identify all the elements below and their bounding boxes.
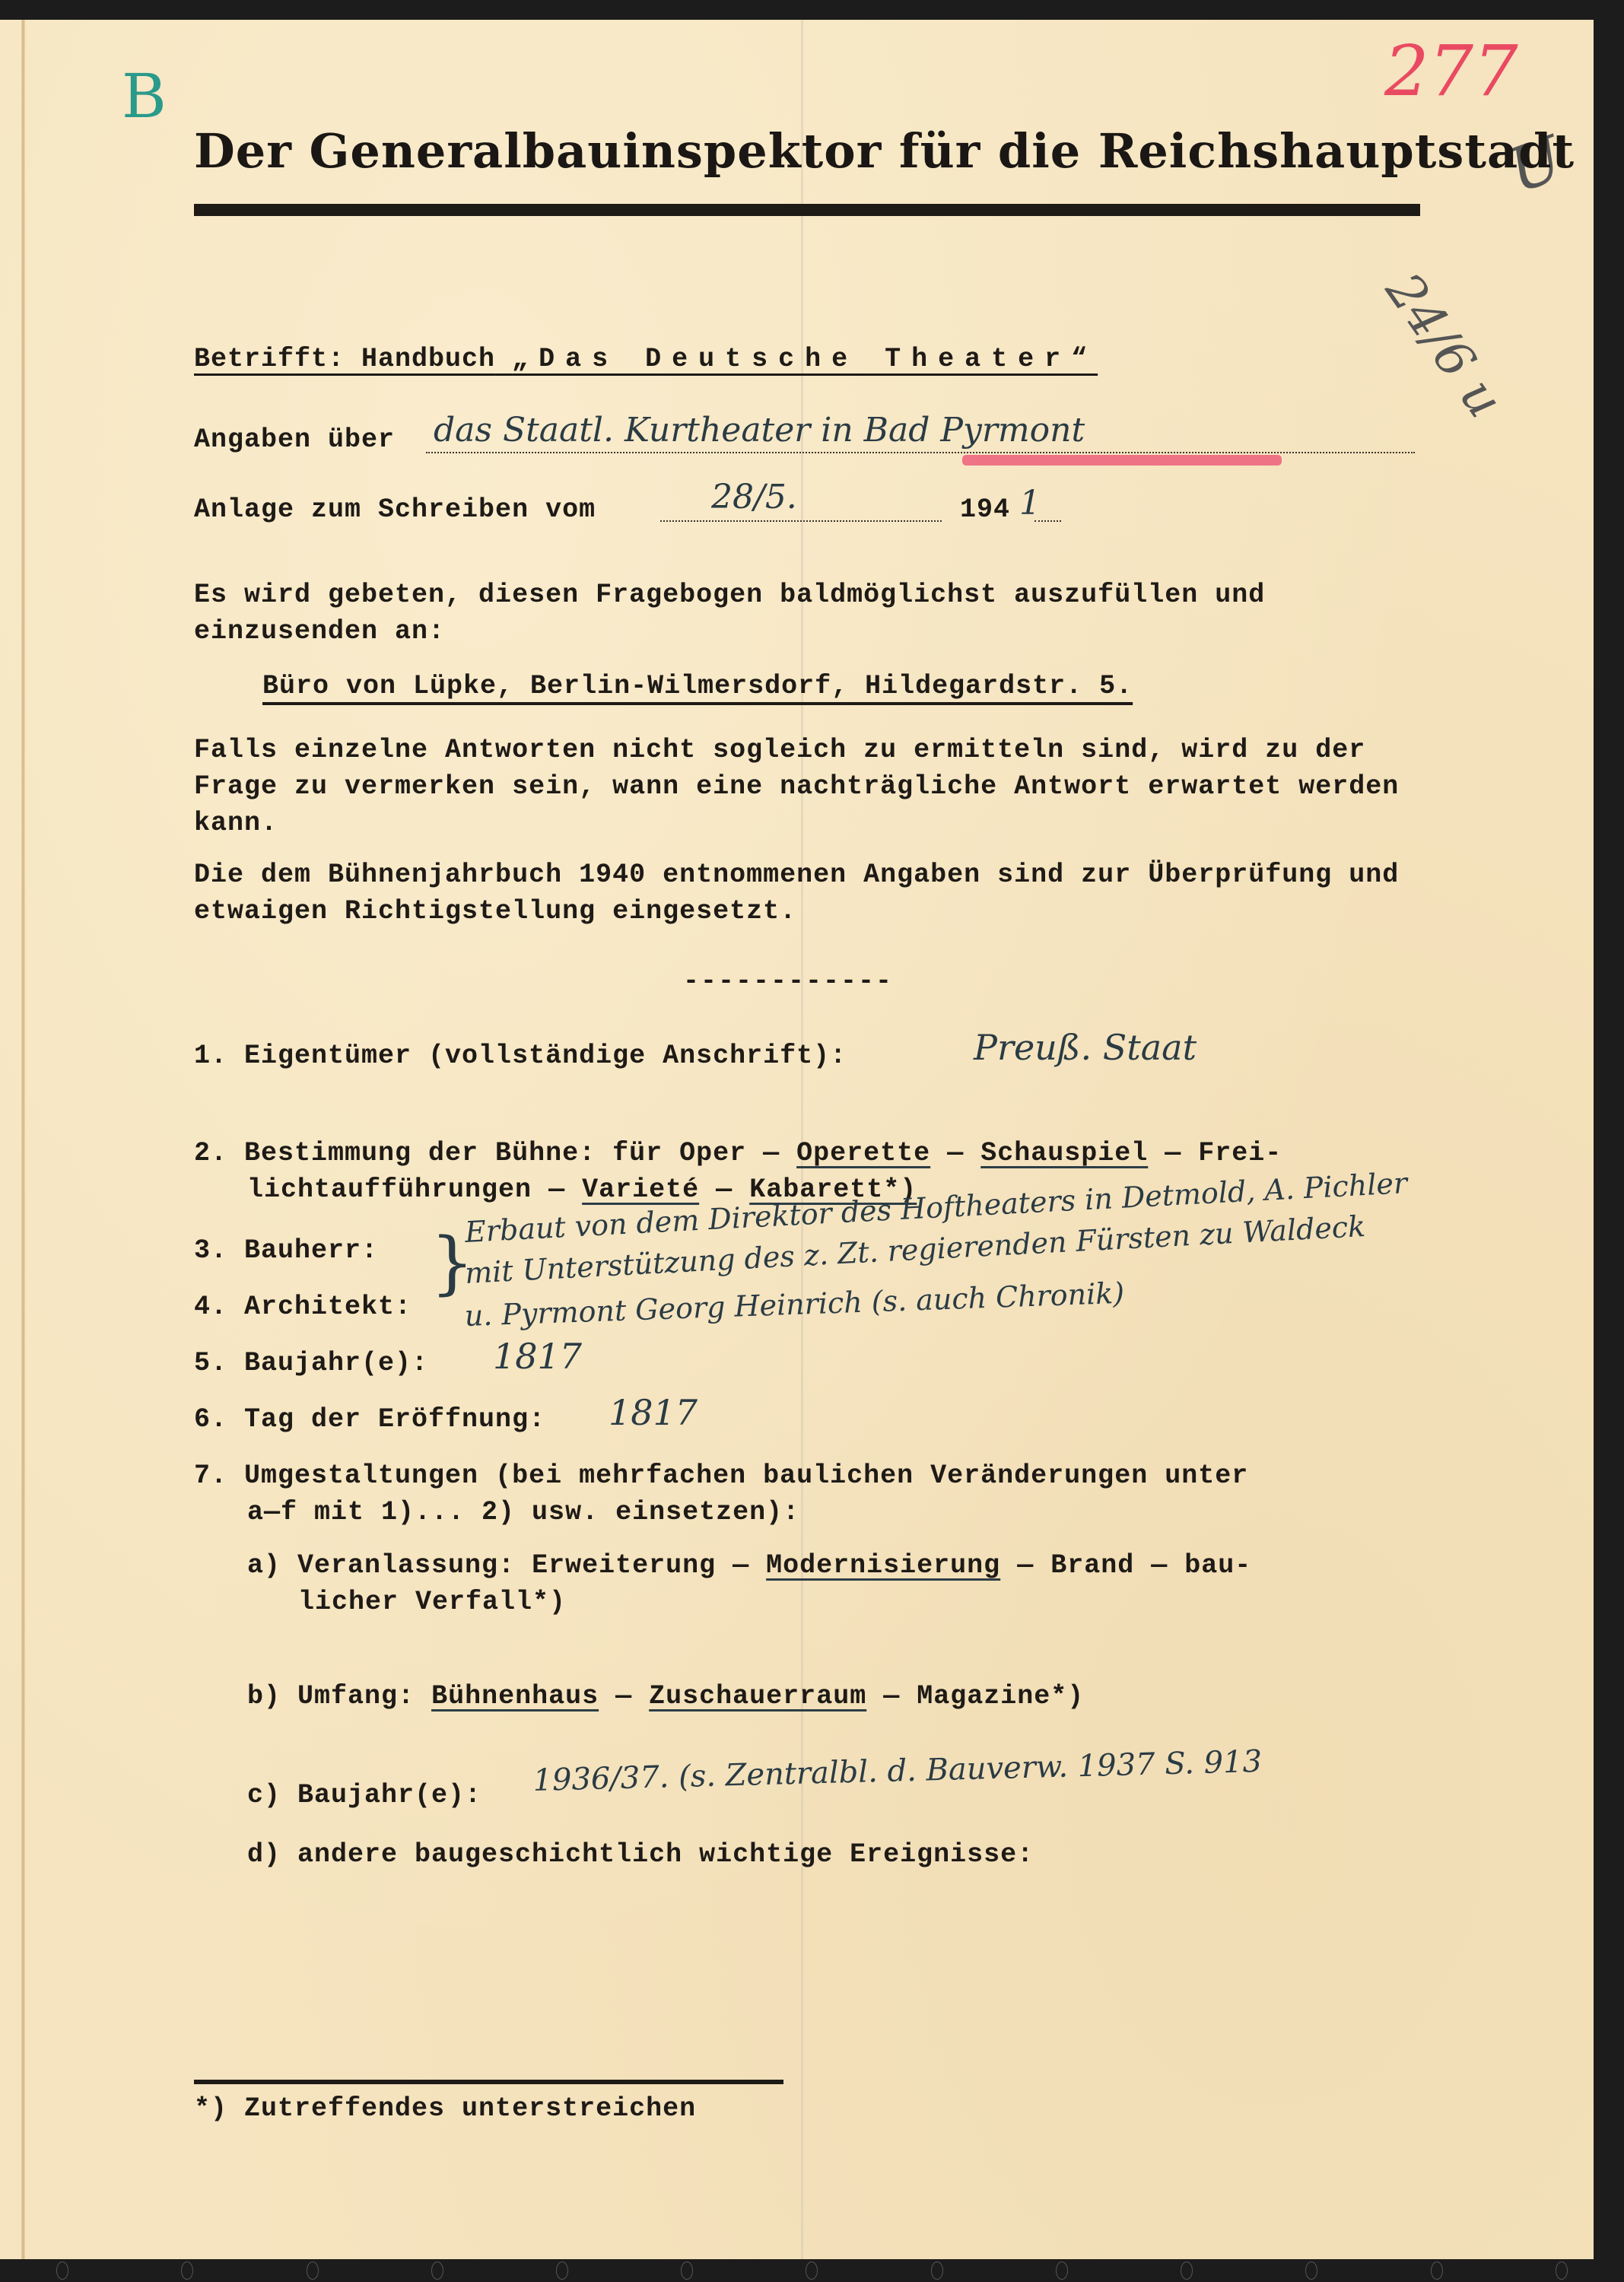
- request-paragraph: Es wird gebeten, diesen Fragebogen baldm…: [194, 577, 1426, 650]
- dash: —: [548, 1174, 565, 1205]
- question-7a-line-1: a) Veranlassung: Erweiterung — Modernisi…: [247, 1550, 1251, 1581]
- anlage-date-dotted-line: [660, 520, 942, 522]
- address-line: Büro von Lüpke, Berlin-Wilmersdorf, Hild…: [262, 671, 1133, 701]
- question-6-label: 6. Tag der Eröffnung:: [194, 1404, 545, 1435]
- angaben-value[interactable]: das Staatl. Kurtheater in Bad Pyrmont: [434, 411, 1085, 450]
- footnote-text: *) Zutreffendes unterstreichen: [194, 2093, 696, 2124]
- letterhead-rule: [194, 204, 1420, 216]
- option-modernisierung[interactable]: Modernisierung: [766, 1550, 1000, 1581]
- angaben-label: Angaben über: [194, 424, 395, 455]
- question-4-label: 4. Architekt:: [194, 1292, 412, 1322]
- binder-hole: [1305, 2261, 1317, 2280]
- anlage-year-prefix: 194: [960, 494, 1010, 525]
- binder-hole: [931, 2261, 943, 2280]
- question-2-label: 2. Bestimmung der Bühne: für Oper —: [194, 1138, 780, 1168]
- note-paragraph-1: Falls einzelne Antworten nicht sogleich …: [194, 732, 1426, 841]
- dash: — Frei-: [1165, 1138, 1282, 1168]
- question-7a-line-2: licher Verfall*): [298, 1587, 566, 1617]
- option-erweiterung[interactable]: Erweiterung —: [532, 1550, 749, 1581]
- option-brand[interactable]: — Brand — bau-: [1017, 1550, 1251, 1581]
- question-3-label: 3. Bauherr:: [194, 1235, 378, 1266]
- section-separator: ------------: [683, 966, 893, 996]
- option-freilicht[interactable]: lichtaufführungen: [247, 1174, 532, 1205]
- anlage-label: Anlage zum Schreiben vom: [194, 494, 596, 525]
- dash: —: [716, 1174, 733, 1205]
- subject-line: Betrifft: Handbuch „Das Deutsche Theater…: [194, 344, 1098, 374]
- anlage-year-dotted-line: [1034, 520, 1061, 522]
- binder-hole: [431, 2261, 443, 2280]
- question-1-answer[interactable]: Preuß. Staat: [974, 1027, 1197, 1068]
- binder-hole: [1431, 2261, 1443, 2280]
- binder-hole: [806, 2261, 818, 2280]
- question-5-label: 5. Baujahr(e):: [194, 1348, 428, 1378]
- anlage-date-value[interactable]: 28/5.: [711, 478, 797, 516]
- option-operette[interactable]: Operette: [796, 1138, 930, 1168]
- binder-hole: [556, 2261, 568, 2280]
- letterhead-title: Der Generalbauinspektor für die Reichsha…: [194, 123, 1575, 179]
- red-highlight-mark: [962, 455, 1282, 466]
- red-page-number: 277: [1384, 30, 1518, 112]
- dash: —: [615, 1681, 632, 1711]
- question-6-answer[interactable]: 1817: [609, 1392, 698, 1433]
- binder-hole: [1181, 2261, 1193, 2280]
- question-7b-label: b) Umfang:: [247, 1681, 415, 1711]
- question-5-answer[interactable]: 1817: [493, 1336, 582, 1377]
- question-7-label-line-2: a—f mit 1)... 2) usw. einsetzen):: [247, 1497, 799, 1527]
- binder-holes-strip: [0, 2259, 1624, 2282]
- option-variete[interactable]: Varieté: [582, 1174, 699, 1205]
- option-magazine[interactable]: — Magazine*): [883, 1681, 1084, 1711]
- option-schauspiel[interactable]: Schauspiel: [980, 1138, 1148, 1168]
- note-paragraph-2: Die dem Bühnenjahrbuch 1940 entnommenen …: [194, 857, 1426, 930]
- footnote-rule: [194, 2080, 783, 2084]
- binder-hole: [307, 2261, 319, 2280]
- binder-hole: [181, 2261, 193, 2280]
- question-7c-label: c) Baujahr(e):: [247, 1780, 481, 1810]
- subject-title: „Das Deutsche Theater“: [512, 344, 1098, 374]
- subject-label: Betrifft: Handbuch: [194, 344, 495, 374]
- binder-hole: [681, 2261, 693, 2280]
- question-7a-label: a) Veranlassung:: [247, 1550, 515, 1581]
- binder-hole: [56, 2261, 68, 2280]
- angaben-dotted-line: [426, 452, 1415, 453]
- question-1-label: 1. Eigentümer (vollständige Anschrift):: [194, 1041, 847, 1071]
- question-7-label-line-1: 7. Umgestaltungen (bei mehrfachen baulic…: [194, 1460, 1248, 1491]
- green-annotation-b: B: [122, 61, 167, 132]
- binder-hole: [1056, 2261, 1068, 2280]
- question-7d-label: d) andere baugeschichtlich wichtige Erei…: [247, 1839, 1034, 1870]
- question-2-line-1: 2. Bestimmung der Bühne: für Oper — Oper…: [194, 1138, 1282, 1168]
- question-7b-line: b) Umfang: Bühnenhaus — Zuschauerraum — …: [247, 1681, 1084, 1711]
- dash: —: [947, 1138, 964, 1168]
- option-zuschauerraum[interactable]: Zuschauerraum: [649, 1681, 866, 1711]
- left-fold-crease: [21, 20, 25, 2259]
- anlage-year-suffix[interactable]: 1: [1019, 484, 1041, 523]
- binder-hole: [1556, 2261, 1568, 2280]
- option-buehnenhaus[interactable]: Bühnenhaus: [431, 1681, 599, 1711]
